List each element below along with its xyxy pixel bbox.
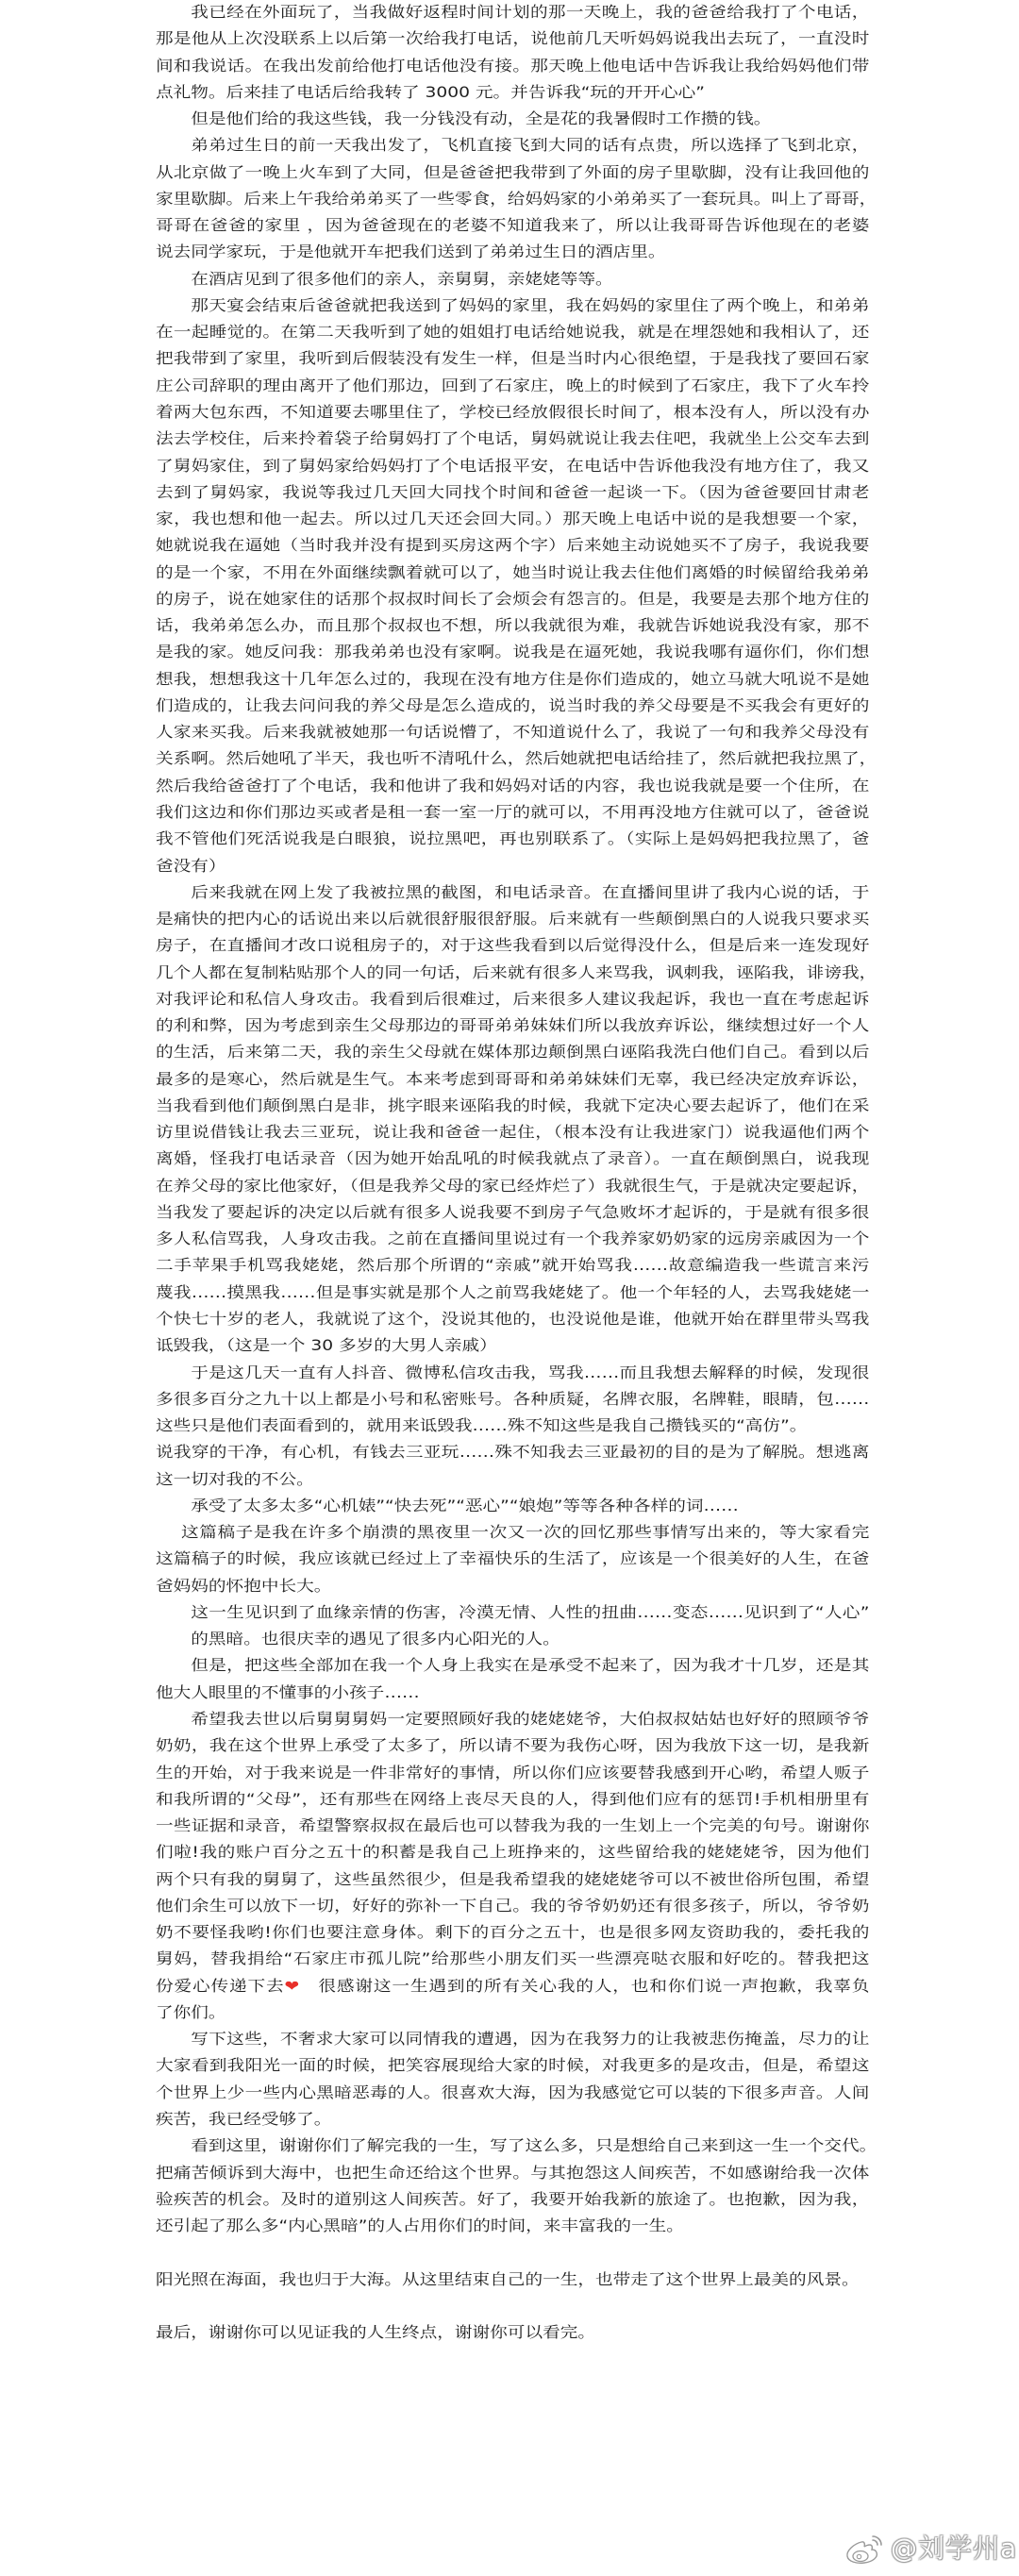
- paragraph-2: 但是他们给的我这些钱，我一分钱没有动，全是花的我暑假时工作攒的钱。: [156, 106, 869, 132]
- text-line: 二手苹果手机骂我姥姥，然后那个所谓的“亲戚”就开始骂我……故意编造我一些谎言来污: [156, 1252, 869, 1279]
- text-line: 然后我给爸爸打了个电话，我和他讲了我和妈妈对话的内容，我也说我就是要一个住所，在: [156, 773, 869, 799]
- paragraph-8: 说我穿的干净，有心机，有钱去三亚玩……殊不知我去三亚最初的目的是为了解脱。想逃离…: [156, 1439, 869, 1493]
- text-line: 的生活，后来第二天，我的亲生父母就在媒体那边颠倒黑白诬陷我洗白他们自己。看到以后: [156, 1039, 869, 1065]
- text-line: 那天宴会结束后爸爸就把我送到了妈妈的家里，我在妈妈的家里住了两个晚上，和弟弟: [156, 293, 869, 319]
- text-line: 那是他从上次没联系上以后第一次给我打电话，说他前几天听妈妈说我出去玩了，一直没时: [156, 25, 869, 52]
- text-line: 家里歇脚。后来上午我给弟弟买了一些零食，给妈妈家的小弟弟买了一套玩具。叫上了哥哥…: [156, 186, 869, 212]
- text-line: 最后，谢谢你可以见证我的人生终点，谢谢你可以看完。: [156, 2319, 869, 2346]
- paragraph-3: 弟弟过生日的前一天我出发了，飞机直接飞到大同的话有点贵，所以选择了飞到北京， 从…: [156, 132, 869, 265]
- paragraph-6: 后来我就在网上发了我被拉黑的截图，和电话录音。在直播间里讲了我内心说的话，于 是…: [156, 879, 869, 1360]
- text-line: 我已经在外面玩了，当我做好返程时间计划的那一天晚上，我的爸爸给我打了个电话，: [156, 0, 869, 25]
- text-line: 离婚，怪我打电话录音（因为她开始乱吼的时候我就点了录音）。一直在颠倒黑白，说我现: [156, 1146, 869, 1172]
- text-line: 和我所谓的“父母”，还有那些在网络上丧尽天良的人，得到他们应有的惩罚!手机相册里…: [156, 1786, 869, 1813]
- blank-line: [156, 2239, 869, 2266]
- paragraph-11: 这一生见识到了血缘亲情的伤害，冷漠无情、人性的扭曲……变态……见识到了“人心” …: [156, 1599, 869, 1653]
- watermark-handle: @刘学州a: [891, 2532, 1017, 2566]
- paragraph-1: 我已经在外面玩了，当我做好返程时间计划的那一天晚上，我的爸爸给我打了个电话， 那…: [156, 0, 869, 106]
- paragraph-17: 最后，谢谢你可以见证我的人生终点，谢谢你可以看完。: [156, 2319, 869, 2346]
- text-line: 诋毁我，（这是一个 30 多岁的大男人亲戚）: [156, 1332, 869, 1359]
- text-line: 着两大包东西，不知道要去哪里住了，学校已经放假很长时间了，根本没有人，所以没有办: [156, 399, 869, 426]
- text-line: 家，我也想和他一起去。所以过几天还会回大同。）那天晚上电话中说的是我想要一个家，: [156, 506, 869, 532]
- paragraph-4: 在酒店见到了很多他们的亲人，亲舅舅，亲姥姥等等。: [156, 266, 869, 293]
- letter-document: 我已经在外面玩了，当我做好返程时间计划的那一天晚上，我的爸爸给我打了个电话， 那…: [156, 0, 869, 2346]
- weibo-watermark: @刘学州a: [844, 2532, 1017, 2566]
- text-line: 们造成的，让我去问问我的养父母是怎么造成的，说当时我的养父母要是不买我会有更好的: [156, 693, 869, 719]
- text-line: 弟弟过生日的前一天我出发了，飞机直接飞到大同的话有点贵，所以选择了飞到北京，: [156, 132, 869, 159]
- text-line: 这一切对我的不公。: [156, 1466, 869, 1493]
- text-line: 访里说借钱让我去三亚玩，说让我和爸爸一起住，（根本没有让我进家门）说我逼他们两个: [156, 1119, 869, 1146]
- text-line: 想我，想想我这十几年怎么过的，我现在没有地方住是你们造成的，她立马就大吼说不是她: [156, 666, 869, 693]
- text-line: 我不管他们死活说我是白眼狼，说拉黑吧，再也别联系了。（实际上是妈妈把我拉黑了，爸: [156, 826, 869, 852]
- text-line: 当我发了要起诉的决定以后就有很多人说我要不到房子气急败坏才起诉的，于是就有很多很: [156, 1199, 869, 1226]
- text-line: 后来我就在网上发了我被拉黑的截图，和电话录音。在直播间里讲了我内心说的话，于: [156, 879, 869, 906]
- text-line: 希望我去世以后舅舅舅妈一定要照顾好我的姥姥姥爷，大伯叔叔姑姑也好好的照顾爷爷: [156, 1706, 869, 1732]
- text-line: 多人私信骂我，人身攻击我。之前在直播间里说过有一个我养家奶奶家的远房亲戚因为一个: [156, 1226, 869, 1252]
- text-line: 说我穿的干净，有心机，有钱去三亚玩……殊不知我去三亚最初的目的是为了解脱。想逃离: [156, 1439, 869, 1465]
- text-line: 奶奶，我在这个世界上承受了太多了，所以请不要为我伤心呀，因为我放下这一切，是我新: [156, 1732, 869, 1759]
- text-line: 的是一个家，不用在外面继续飘着就可以了，她当时说让我去住他们离婚的时候留给我弟弟: [156, 560, 869, 586]
- text-line: 个世界上少一些内心黑暗恶毒的人。很喜欢大海，因为我感觉它可以装的下很多声音。人间: [156, 2080, 869, 2106]
- text-line: 法去学校住，后来拎着袋子给舅妈打了个电话，舅妈就说让我去住吧，我就坐上公交车去到: [156, 426, 869, 452]
- text-line: 奶不要怪我哟!你们也要注意身体。剩下的百分之五十，也是很多网友资助我的，委托我的: [156, 1919, 869, 1946]
- paragraph-5: 那天宴会结束后爸爸就把我送到了妈妈的家里，我在妈妈的家里住了两个晚上，和弟弟 在…: [156, 293, 869, 879]
- text-line: 是痛快的把内心的话说出来以后就很舒服很舒服。后来就有一些颠倒黑白的人说我只要求买: [156, 906, 869, 932]
- blank-line: [156, 2293, 869, 2319]
- text-line: 生的开始，对于我来说是一件非常好的事情，所以你们应该要替我感到开心哟，希望人贩子: [156, 1760, 869, 1786]
- text-line: 爸妈妈的怀抱中长大。: [156, 1573, 869, 1599]
- text-line: 话，我弟弟怎么办，而且那个叔叔也不想，所以我就很为难，我就告诉她说我没有家，那不: [156, 612, 869, 639]
- text-line: 阳光照在海面，我也归于大海。从这里结束自己的一生，也带走了这个世界上最美的风景。: [156, 2267, 869, 2293]
- text-line: 但是，把这些全部加在我一个人身上我实在是承受不起来了，因为我才十几岁，还是其: [156, 1652, 869, 1679]
- text-line: 爸没有）: [156, 853, 869, 879]
- text-line: 的利和弊，因为考虑到亲生父母那边的哥哥弟弟妹妹们所以我放弃诉讼，继续想过好一个人: [156, 1012, 869, 1039]
- text-line: 去到了舅妈家，我说等我过几天回大同找个时间和爸爸一起谈一下。（因为爸爸要回甘肃老: [156, 479, 869, 506]
- text-line: 一些证据和录音，希望警察叔叔在最后也可以替我为我的一生划上一个完美的句号。谢谢你: [156, 1813, 869, 1839]
- text-line: 大家看到我阳光一面的时候，把笑容展现给大家的时候，对我更多的是攻击，但是，希望这: [156, 2052, 869, 2079]
- weibo-logo-icon: [844, 2532, 887, 2566]
- text-line: 最多的是寒心，然后就是生气。本来考虑到哥哥和弟弟妹妹们无辜，我已经决定放弃诉讼，: [156, 1066, 869, 1093]
- paragraph-7: 于是这几天一直有人抖音、微博私信攻击我，骂我……而且我想去解释的时候，发现很 多…: [156, 1360, 869, 1440]
- text-line-with-heart: 份爱心传递下去❤ 很感谢这一生遇到的所有关心我的人，也和你们说一声抱歉，我辜负: [156, 1973, 869, 1999]
- text-line: 庄公司辞职的理由离开了他们那边，回到了石家庄，晚上的时候到了石家庄，我下了火车拎: [156, 373, 869, 399]
- paragraph-12: 但是，把这些全部加在我一个人身上我实在是承受不起来了，因为我才十几岁，还是其 他…: [156, 1652, 869, 1706]
- text-line: 对我评论和私信人身攻击。我看到后很难过，后来很多人建议我起诉，我也一直在考虑起诉: [156, 986, 869, 1012]
- red-heart-icon: ❤: [284, 1977, 299, 1995]
- text-line: 看到这里，谢谢你们了解完我的一生，写了这么多，只是想给自己来到这一生一个交代。: [156, 2133, 869, 2159]
- text-line: 在一起睡觉的。在第二天我听到了她的姐姐打电话给她说我，就是在埋怨她和我相认了，还: [156, 319, 869, 345]
- text-line: 个快七十岁的老人，我就说了这个，没说其他的，也没说他是谁，他就开始在群里带头骂我: [156, 1306, 869, 1332]
- text-segment: 很感谢这一生遇到的所有关心我的人，也和你们说一声抱歉，我辜负: [300, 1977, 869, 1995]
- text-line: 写下这些，不奢求大家可以同情我的遭遇，因为在我努力的让我被悲伤掩盖，尽力的让: [156, 2026, 869, 2052]
- text-line: 说去同学家玩，于是他就开车把我们送到了弟弟过生日的酒店里。: [156, 239, 869, 265]
- text-line: 两个只有我的舅舅了，这些虽然很少，但是我希望我的姥姥姥爷可以不被世俗所包围，希望: [156, 1866, 869, 1893]
- text-line: 们啦!我的账户百分之五十的积蓄是我自己上班挣来的，这些留给我的姥姥姥爷，因为他们: [156, 1839, 869, 1865]
- text-line: 还引起了那么多“内心黑暗”的人占用你们的时间，来丰富我的一生。: [156, 2213, 869, 2239]
- text-line: 这些只是他们表面看到的，就用来诋毁我……殊不知这些是我自己攒钱买的“高仿”。: [156, 1413, 869, 1439]
- text-line: 多很多百分之九十以上都是小号和私密账号。各种质疑，名牌衣服，名牌鞋，眼睛，包……: [156, 1386, 869, 1413]
- text-line: 在酒店见到了很多他们的亲人，亲舅舅，亲姥姥等等。: [156, 266, 869, 293]
- text-line: 验疾苦的机会。及时的道别这人间疾苦。好了，我要开始我新的旅途了。也抱歉，因为我，: [156, 2186, 869, 2213]
- text-line: 我们这边和你们那边买或者是租一套一室一厅的就可以，不用再没地方住就可以了，爸爸说: [156, 799, 869, 826]
- text-line: 他们余生可以放下一切，好好的弥补一下自己。我的爷爷奶奶还有很多孩子，所以，爷爷奶: [156, 1893, 869, 1919]
- text-line: 几个人都在复制粘贴那个人的同一句话，后来就有很多人来骂我，讽刺我，诬陷我，诽谤我…: [156, 960, 869, 986]
- text-line: 这一生见识到了血缘亲情的伤害，冷漠无情、人性的扭曲……变态……见识到了“人心”: [191, 1599, 869, 1626]
- text-line: 他大人眼里的不懂事的小孩子……: [156, 1680, 869, 1706]
- paragraph-14: 写下这些，不奢求大家可以同情我的遭遇，因为在我努力的让我被悲伤掩盖，尽力的让 大…: [156, 2026, 869, 2133]
- text-line: 了你们。: [156, 1999, 869, 2026]
- text-line: 但是他们给的我这些钱，我一分钱没有动，全是花的我暑假时工作攒的钱。: [156, 106, 869, 132]
- text-line: 她就说我在逼她（当时我并没有提到买房这两个字）后来她主动说她买不了房子，我说我要: [156, 532, 869, 559]
- text-line: 是我的家。她反问我：那我弟弟也没有家啊。说我是在逼死她，我说我哪有逼你们，你们想: [156, 639, 869, 665]
- text-line: 的房子，说在她家住的话那个叔叔时间长了会烦会有怨言的。但是，我要是去那个地方住的: [156, 586, 869, 612]
- paragraph-13: 希望我去世以后舅舅舅妈一定要照顾好我的姥姥姥爷，大伯叔叔姑姑也好好的照顾爷爷 奶…: [156, 1706, 869, 2026]
- text-line: 了舅妈家住，到了舅妈家给妈妈打了个电话报平安，在电话中告诉他我没有地方住了，我又: [156, 453, 869, 479]
- text-line: 哥哥在爸爸的家里 ，因为爸爸现在的老婆不知道我来了，所以让我哥哥告诉他现在的老婆: [156, 212, 869, 239]
- text-line: 疾苦，我已经受够了。: [156, 2106, 869, 2133]
- text-line: 承受了太多太多“心机婊”“快去死”“恶心”“娘炮”等等各种各样的词……: [156, 1493, 869, 1519]
- text-line: 于是这几天一直有人抖音、微博私信攻击我，骂我……而且我想去解释的时候，发现很: [156, 1360, 869, 1386]
- text-line: 房子，在直播间才改口说租房子的，对于这些我看到以后觉得没什么，但是后来一连发现好: [156, 932, 869, 959]
- text-line: 把我带到了家里，我听到后假装没有发生一样，但是当时内心很绝望，于是我找了要回石家: [156, 345, 869, 372]
- text-line: 点礼物。后来挂了电话后给我转了 3000 元。并告诉我“玩的开开心心”: [156, 79, 869, 106]
- text-line: 在养父母的家比他家好，（但是我养父母的家已经炸烂了）我就很生气，于是就决定要起诉…: [156, 1173, 869, 1199]
- text-line: 人家来买我。后来我就被她那一句话说懵了，不知道说什么了，我说了一句和我养父母没有: [156, 719, 869, 745]
- text-line: 从北京做了一晚上火车到了大同，但是爸爸把我带到了外面的房子里歇脚，没有让我回他的: [156, 159, 869, 186]
- text-line: 舅妈，替我捐给“石家庄市孤儿院”给那些小朋友们买一些漂亮哒衣服和好吃的。替我把这: [156, 1946, 869, 1972]
- text-line: 这篇稿子的时候，我应该就已经过上了幸福快乐的生活了，应该是一个很美好的人生，在爸: [156, 1546, 869, 1572]
- text-line: 这篇稿子是我在许多个崩溃的黑夜里一次又一次的回忆那些事情写出来的，等大家看完: [156, 1519, 869, 1546]
- paragraph-9: 承受了太多太多“心机婊”“快去死”“恶心”“娘炮”等等各种各样的词……: [156, 1493, 869, 1519]
- text-line: 蔑我……摸黑我……但是事实就是那个人之前骂我姥姥了。他一个年轻的人，去骂我姥姥一: [156, 1280, 869, 1306]
- text-line: 关系啊。然后她吼了半天，我也听不清吼什么，然后她就把电话给挂了，然后就把我拉黑了…: [156, 745, 869, 772]
- text-line: 间和我说话。在我出发前给他打电话他没有接。那天晚上他电话中告诉我让我给妈妈他们带: [156, 53, 869, 79]
- text-line: 当我看到他们颠倒黑白是非，挑字眼来诬陷我的时候，我就下定决心要去起诉了，他们在采: [156, 1093, 869, 1119]
- text-line: 的黑暗。也很庆幸的遇见了很多内心阳光的人。: [191, 1626, 869, 1652]
- text-segment: 份爱心传递下去: [156, 1977, 284, 1995]
- paragraph-15: 看到这里，谢谢你们了解完我的一生，写了这么多，只是想给自己来到这一生一个交代。 …: [156, 2133, 869, 2239]
- paragraph-16: 阳光照在海面，我也归于大海。从这里结束自己的一生，也带走了这个世界上最美的风景。: [156, 2267, 869, 2293]
- text-line: 把痛苦倾诉到大海中，也把生命还给这个世界。与其抱怨这人间疾苦，不如感谢给我一次体: [156, 2160, 869, 2186]
- paragraph-10: 这篇稿子是我在许多个崩溃的黑夜里一次又一次的回忆那些事情写出来的，等大家看完 这…: [156, 1519, 869, 1599]
